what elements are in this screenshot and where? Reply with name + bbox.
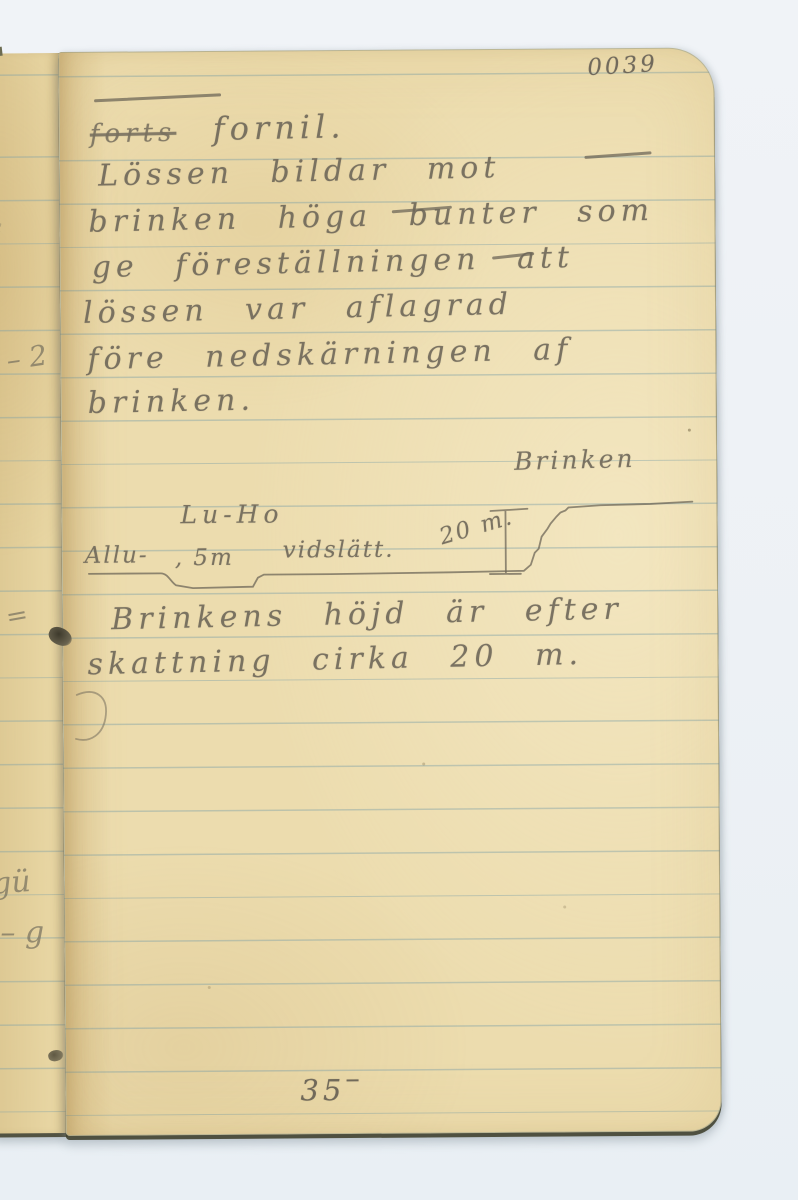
handwriting-line: lössen var aflagrad <box>83 287 514 331</box>
notebook-scan: 8 c – 2 = gü – g 0039 forts fornil. Löss… <box>0 0 798 1200</box>
width-label: , 5m <box>175 545 234 571</box>
margin-fragment: – 2 <box>4 338 49 377</box>
margin-bracket <box>76 692 107 740</box>
caption-line: Brinkens höjd är efter <box>111 592 623 638</box>
page-number: 35– <box>300 1073 364 1107</box>
handwriting-line: ge föreställningen att <box>91 240 574 285</box>
paper-speck <box>208 986 211 989</box>
handwriting-line: brinken. <box>87 383 255 421</box>
margin-fragment: gü <box>0 864 32 902</box>
margin-fragment: = <box>4 600 31 633</box>
paper-speck <box>563 906 566 909</box>
handwriting-text: fornil. <box>212 107 345 148</box>
paper-speck <box>688 429 691 432</box>
margin-fragment: – g <box>0 915 44 950</box>
handwriting-line: före nedskärningen af <box>87 332 573 377</box>
alluvium-label: Allu- <box>85 542 149 568</box>
page-number-flourish: – <box>345 1061 364 1095</box>
handwriting-line: Lössen bildar mot <box>98 150 501 193</box>
plain-label: vidslätt. <box>283 537 395 564</box>
caption-line: skattning cirka 20 m. <box>87 637 583 682</box>
struck-word: forts <box>90 118 177 150</box>
page-stamp: 0039 <box>587 51 659 81</box>
notebook: 8 c – 2 = gü – g 0039 forts fornil. Löss… <box>0 47 720 1134</box>
notebook-page: 0039 forts fornil. Lössen bildar mot bri… <box>58 47 722 1136</box>
handwriting-line: forts fornil. <box>89 107 345 150</box>
margin-fragment: c <box>0 215 2 240</box>
page-number-value: 35 <box>300 1073 345 1107</box>
handwriting-line: brinken höga bunter som <box>88 193 654 240</box>
height-label: 20 m. <box>436 504 516 550</box>
bank-label: Brinken <box>514 444 636 476</box>
river-label: Lu-Ho <box>180 499 283 529</box>
binding-strip: 8 c – 2 = gü – g <box>0 53 68 1133</box>
paper-speck <box>422 763 425 766</box>
